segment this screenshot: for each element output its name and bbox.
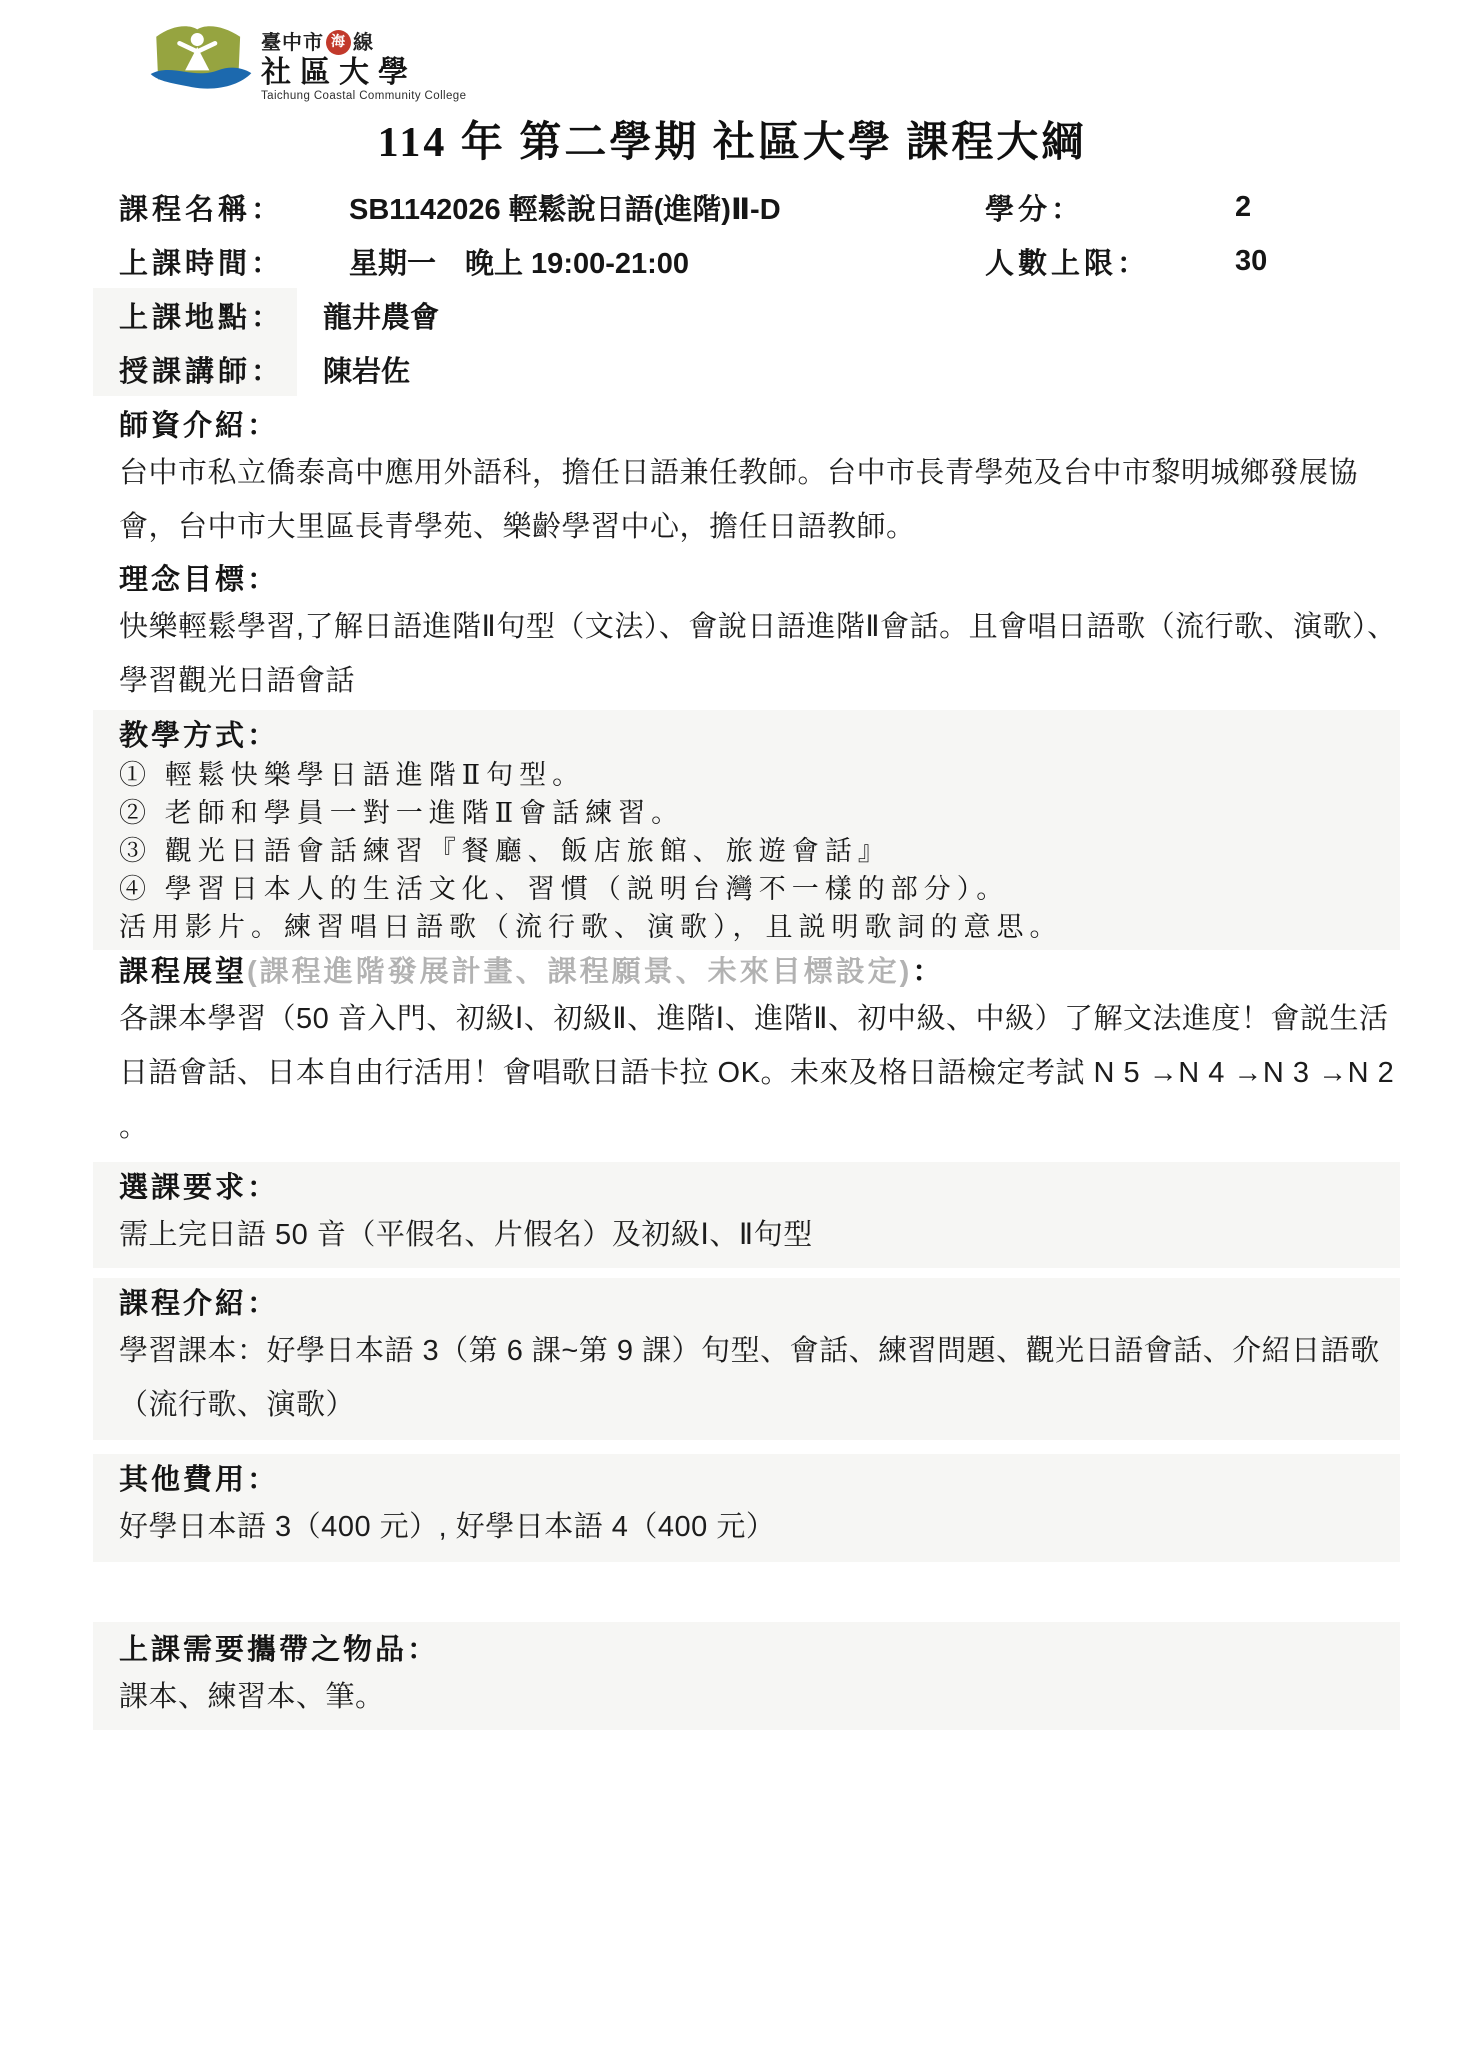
- course-outlook-heading: 課程展望(課程進階發展計畫、課程願景、未來目標設定)：: [119, 952, 1400, 992]
- section-enrollment-requirements: 選課要求： 需上完日語 50 音（平假名、片假名）及初級Ⅰ、Ⅱ句型: [93, 1162, 1400, 1268]
- capacity-value: 30: [1235, 245, 1400, 278]
- credits-label: 學分：: [985, 187, 1235, 228]
- course-name-label: 課程名稱：: [119, 187, 349, 228]
- goals-heading: 理念目標：: [119, 560, 1400, 600]
- section-teaching-methods: 教學方式： ① 輕鬆快樂學日語進階Ⅱ句型。 ② 老師和學員一對一進階Ⅱ會話練習。…: [93, 710, 1400, 950]
- section-goals: 理念目標： 快樂輕鬆學習,了解日語進階Ⅱ句型（文法）、會說日語進階Ⅱ會話。且會唱…: [119, 560, 1400, 708]
- course-outlook-heading-note: (課程進階發展計畫、課程願景、未來目標設定): [247, 956, 912, 988]
- items-to-bring-body: 課本、練習本、筆。: [119, 1670, 1400, 1724]
- teaching-method-item: ② 老師和學員一對一進階Ⅱ會話練習。: [119, 794, 1390, 832]
- info-row-course-name: 課程名稱： SB1142026 輕鬆說日語(進階)Ⅱ-D 學分： 2: [119, 180, 1400, 234]
- location-value: 龍井農會: [323, 295, 1400, 336]
- teacher-intro-body: 台中市私立僑泰高中應用外語科，擔任日語兼任教師。台中市長青學苑及台中市黎明城鄉發…: [119, 446, 1400, 554]
- course-outline-document: 臺中市 海 線 社區大學 Taichung Coastal Community …: [0, 0, 1464, 2070]
- info-row-instructor: 授課講師： 陳岩佐: [119, 342, 1400, 396]
- logo-seal-icon: 海: [326, 30, 351, 55]
- info-row-location: 上課地點： 龍井農會: [119, 288, 1400, 342]
- course-outlook-heading-main: 課程展望: [119, 956, 247, 988]
- logo-region-prefix: 臺中市: [261, 33, 324, 53]
- section-other-fees: 其他費用： 好學日本語 3（400 元）, 好學日本語 4（400 元）: [93, 1454, 1400, 1562]
- course-info-table: 課程名稱： SB1142026 輕鬆說日語(進階)Ⅱ-D 學分： 2 上課時間：…: [119, 180, 1400, 396]
- teaching-method-item: ① 輕鬆快樂學日語進階Ⅱ句型。: [119, 756, 1390, 794]
- enrollment-requirements-body: 需上完日語 50 音（平假名、片假名）及初級Ⅰ、Ⅱ句型: [119, 1208, 1400, 1262]
- items-to-bring-heading: 上課需要攜帶之物品：: [119, 1630, 1400, 1670]
- teaching-method-item: ④ 學習日本人的生活文化、習慣（説明台灣不一樣的部分）。: [119, 870, 1390, 908]
- logo-text: 臺中市 海 線 社區大學 Taichung Coastal Community …: [261, 20, 466, 103]
- course-name-value: SB1142026 輕鬆說日語(進階)Ⅱ-D: [349, 187, 985, 228]
- course-introduction-body: 學習課本：好學日本語 3（第 6 課~第 9 課）句型、會話、練習問題、觀光日語…: [119, 1324, 1400, 1432]
- instructor-label: 授課講師：: [93, 342, 297, 396]
- school-logo: 臺中市 海 線 社區大學 Taichung Coastal Community …: [145, 20, 466, 103]
- info-row-class-time: 上課時間： 星期一 晚上 19:00-21:00 人數上限： 30: [119, 234, 1400, 288]
- logo-region-suffix: 線: [353, 33, 374, 53]
- capacity-label: 人數上限：: [985, 241, 1235, 282]
- goals-body: 快樂輕鬆學習,了解日語進階Ⅱ句型（文法）、會說日語進階Ⅱ會話。且會唱日語歌（流行…: [119, 600, 1400, 708]
- course-outlook-heading-colon: ：: [912, 956, 944, 988]
- section-items-to-bring: 上課需要攜帶之物品： 課本、練習本、筆。: [93, 1622, 1400, 1730]
- document-title: 114 年 第二學期 社區大學 課程大綱: [64, 118, 1400, 168]
- enrollment-requirements-heading: 選課要求：: [119, 1168, 1400, 1208]
- other-fees-body: 好學日本語 3（400 元）, 好學日本語 4（400 元）: [119, 1500, 1400, 1554]
- credits-value: 2: [1235, 191, 1400, 224]
- teaching-methods-heading: 教學方式：: [119, 716, 1390, 756]
- location-label: 上課地點：: [93, 288, 297, 342]
- section-teacher-intro: 師資介紹： 台中市私立僑泰高中應用外語科，擔任日語兼任教師。台中市長青學苑及台中…: [119, 406, 1400, 554]
- logo-seal-char: 海: [331, 36, 346, 50]
- instructor-value: 陳岩佐: [323, 349, 1400, 390]
- class-time-value: 星期一 晚上 19:00-21:00: [349, 241, 985, 282]
- teaching-method-item: 活用影片。練習唱日語歌（流行歌、演歌），且説明歌詞的意思。: [119, 908, 1390, 946]
- teaching-method-item: ③ 觀光日語會話練習『餐廳、飯店旅館、旅遊會話』: [119, 832, 1390, 870]
- course-outlook-body: 各課本學習（50 音入門、初級Ⅰ、初級Ⅱ、進階Ⅰ、進階Ⅱ、初中級、中級）了解文法…: [119, 992, 1400, 1154]
- logo-region-line: 臺中市 海 線: [261, 30, 466, 55]
- logo-school-name: 社區大學: [261, 58, 466, 88]
- section-course-outlook: 課程展望(課程進階發展計畫、課程願景、未來目標設定)： 各課本學習（50 音入門…: [119, 952, 1400, 1154]
- logo-book-figure-wave-icon: [145, 20, 257, 102]
- other-fees-heading: 其他費用：: [119, 1460, 1400, 1500]
- section-course-introduction: 課程介紹： 學習課本：好學日本語 3（第 6 課~第 9 課）句型、會話、練習問…: [93, 1278, 1400, 1440]
- logo-school-name-en: Taichung Coastal Community College: [261, 91, 466, 103]
- teacher-intro-heading: 師資介紹：: [119, 406, 1400, 446]
- class-time-label: 上課時間：: [119, 241, 349, 282]
- course-introduction-heading: 課程介紹：: [119, 1284, 1400, 1324]
- logo-row: 臺中市 海 線 社區大學 Taichung Coastal Community …: [145, 20, 1400, 104]
